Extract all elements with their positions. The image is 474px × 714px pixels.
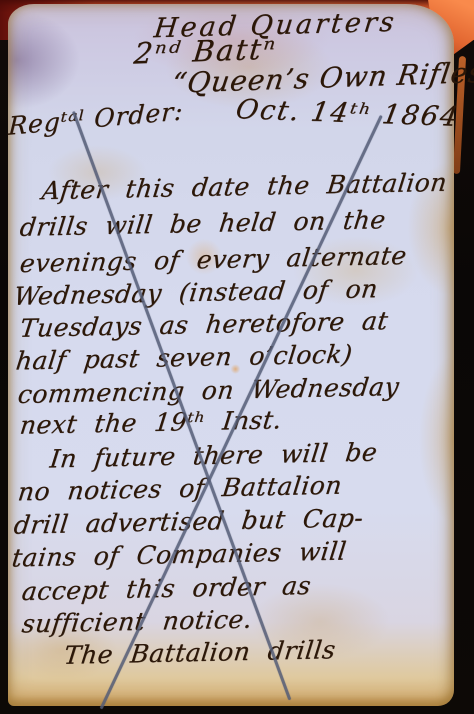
handwritten-line: half past seven o’clock) bbox=[14, 339, 354, 375]
handwritten-line: commencing on Wednesday bbox=[16, 372, 401, 409]
handwritten-line: drills will be held on the bbox=[18, 205, 387, 242]
handwritten-line: no notices of Battalion bbox=[16, 471, 343, 507]
photo-of-journal: Head Quarters 2ⁿᵈ Battⁿ “Queen’s Own Rif… bbox=[0, 0, 474, 714]
handwritten-line: The Battalion drills bbox=[62, 635, 337, 670]
handwritten-line: Tuesdays as heretofore at bbox=[18, 306, 389, 343]
order-label: Regᵗᵃˡ Order: bbox=[8, 96, 185, 141]
handwritten-line: next the 19ᵗʰ Inst. bbox=[18, 405, 283, 440]
journal-page: Head Quarters 2ⁿᵈ Battⁿ “Queen’s Own Rif… bbox=[8, 4, 454, 706]
handwritten-line: accept this order as bbox=[20, 571, 312, 606]
handwritten-line: evenings of every alternate bbox=[18, 241, 408, 278]
handwritten-line: Wednesday (instead of on bbox=[12, 274, 379, 311]
order-date: Oct. 14ᵗʰ 1864 bbox=[233, 94, 462, 133]
